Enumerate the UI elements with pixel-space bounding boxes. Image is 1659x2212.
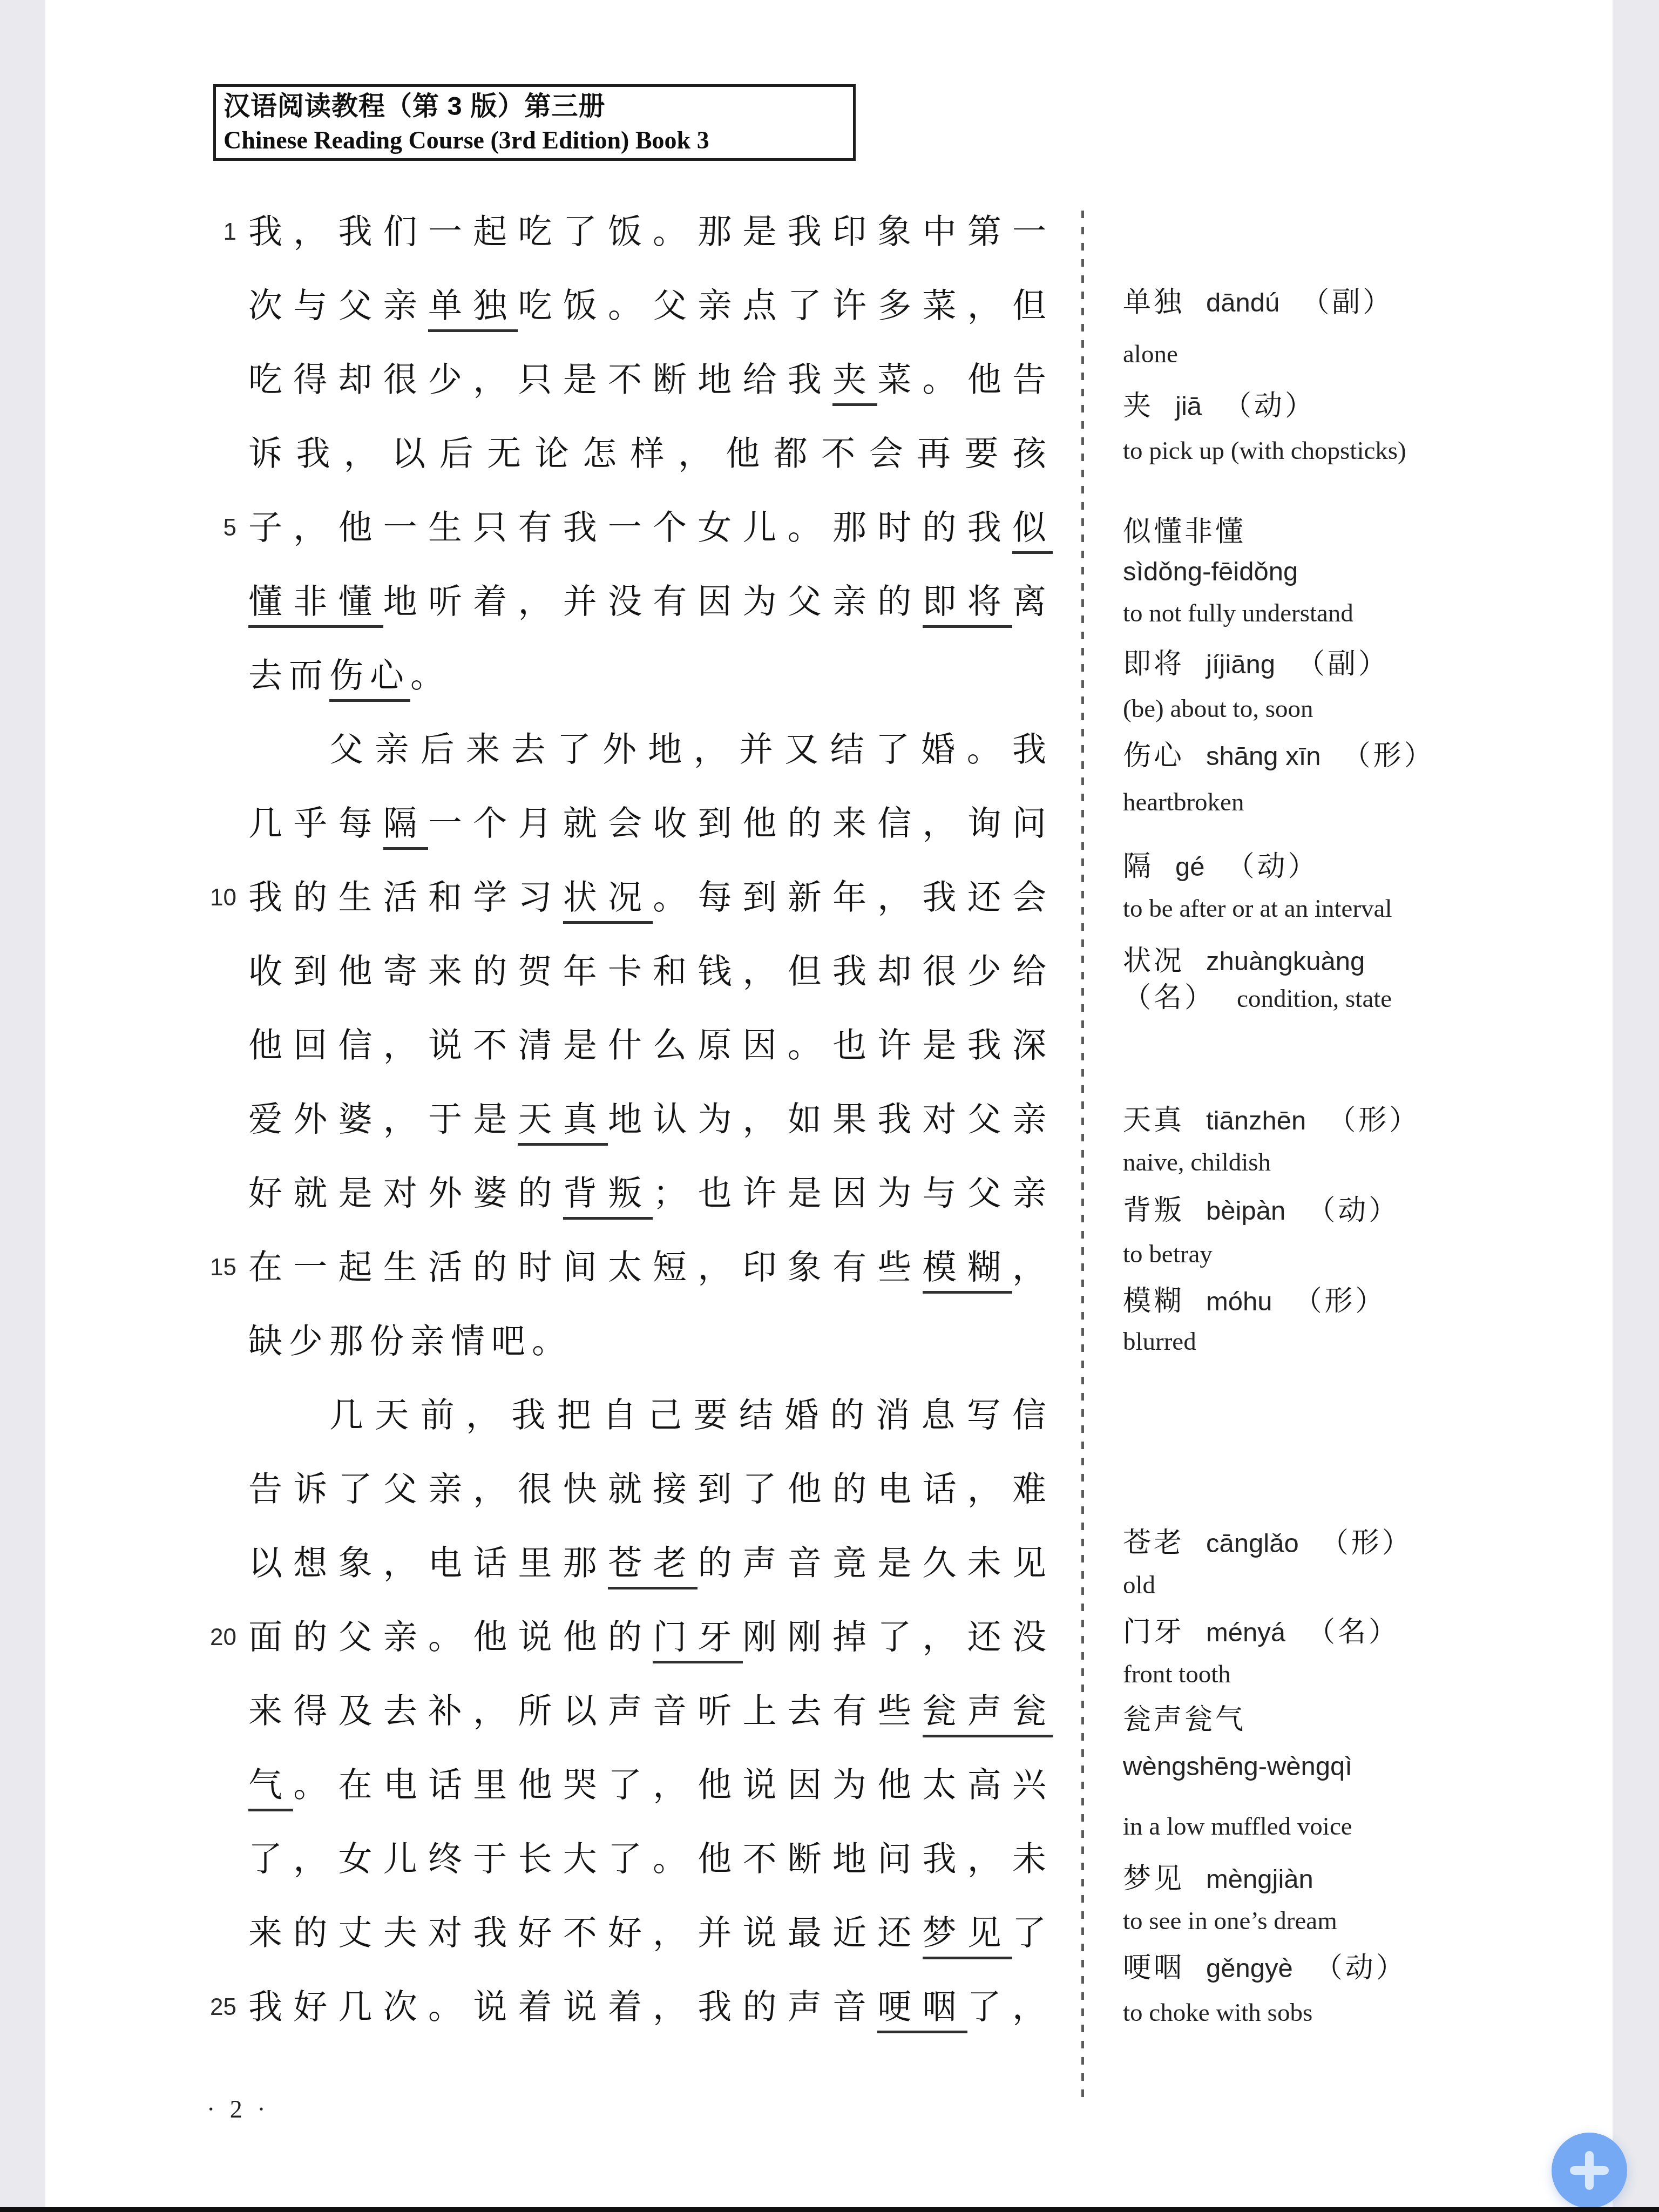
text-run: 了 xyxy=(1012,1914,1053,1952)
vocab-line: 背叛bèipàn（动） xyxy=(1123,1197,1421,1225)
vocab-hanzi: 即将 xyxy=(1123,651,1184,679)
vocab-hanzi: 伤心 xyxy=(1123,742,1184,770)
vocab-line: 伤心shāng xīn（形） xyxy=(1123,742,1457,770)
vocab-line: to betray xyxy=(1123,1242,1213,1267)
vocab-line: to choke with sobs xyxy=(1123,2000,1312,2026)
text-line: 5子，他一生只有我一个女儿。那时的我似 xyxy=(162,491,1053,565)
vocab-hanzi: 隔 xyxy=(1123,853,1154,881)
vocab-line: 似懂非懂 xyxy=(1123,518,1268,546)
underlined-term: 瓮声瓮 xyxy=(923,1692,1053,1737)
vocab-gloss: alone xyxy=(1123,342,1178,367)
underlined-term: 似 xyxy=(1012,509,1053,554)
vocab-line: 天真tiānzhēn（形） xyxy=(1123,1107,1441,1135)
page-number: · 2 · xyxy=(207,2095,270,2123)
plus-icon xyxy=(1552,2133,1627,2208)
text-line: 懂非懂地听着，并没有因为父亲的即将离 xyxy=(162,565,1053,639)
line-text: 懂非懂地听着，并没有因为父亲的即将离 xyxy=(248,585,1053,619)
vocab-pinyin: zhuàngkuàng xyxy=(1206,949,1365,975)
text-run: 他回信，说不清是什么原因。也许是我深 xyxy=(248,1026,1053,1064)
text-run: 子，他一生只有我一个女儿。那时的我 xyxy=(248,509,1012,546)
text-run: 了， xyxy=(967,1988,1053,2026)
vocab-hanzi: 状况 xyxy=(1123,948,1184,976)
vocab-gloss: to see in one’s dream xyxy=(1123,1909,1337,1934)
text-line: 来的丈夫对我好不好，并说最近还梦见了 xyxy=(162,1896,1053,1970)
vocab-hanzi: 瓮声瓮气 xyxy=(1123,1706,1246,1734)
underlined-term: 懂非懂 xyxy=(248,583,383,628)
line-text: 吃得却很少，只是不断地给我夹菜。他告 xyxy=(248,363,1053,397)
vocab-pinyin: shāng xīn xyxy=(1206,743,1321,770)
vocab-pinyin: mèngjiàn xyxy=(1206,1866,1313,1893)
text-run: 一个月就会收到他的来信，询问 xyxy=(428,804,1053,842)
text-line: 爱外婆，于是天真地认为，如果我对父亲 xyxy=(162,1083,1053,1156)
text-line: 去而伤心。 xyxy=(162,639,1053,713)
text-line: 缺少那份亲情吧。 xyxy=(162,1304,1053,1378)
vocab-gloss: to choke with sobs xyxy=(1123,2000,1312,2026)
text-run: 来得及去补，所以声音听上去有些 xyxy=(248,1692,923,1730)
left-margin xyxy=(0,0,45,2212)
line-text: 几天前，我把自己要结婚的消息写信 xyxy=(248,1398,1053,1432)
vocab-hanzi: 模糊 xyxy=(1123,1288,1184,1316)
line-text: 以想象，电话里那苍老的声音竟是久未见 xyxy=(248,1546,1053,1580)
vocab-line: 梦见mèngjiàn xyxy=(1123,1865,1335,1893)
underlined-term: 夹 xyxy=(832,361,877,406)
text-run: 我好几次。说着说着，我的声音 xyxy=(248,1988,877,2026)
text-line: 以想象，电话里那苍老的声音竟是久未见 xyxy=(162,1526,1053,1600)
text-run: 的声音竟是久未见 xyxy=(698,1544,1053,1582)
vocab-hanzi: （名） xyxy=(1123,984,1215,1012)
text-line: 告诉了父亲，很快就接到了他的电话，难 xyxy=(162,1452,1053,1526)
vocab-gloss: to not fully understand xyxy=(1123,601,1353,626)
vocab-hanzi: （形） xyxy=(1294,1288,1386,1316)
vocab-line: 状况zhuàngkuàng xyxy=(1123,948,1386,976)
vocab-gloss: naive, childish xyxy=(1123,1150,1271,1175)
line-text: 他回信，说不清是什么原因。也许是我深 xyxy=(248,1029,1053,1063)
vocab-pinyin: cānglǎo xyxy=(1206,1531,1299,1557)
vocab-hanzi: 夹 xyxy=(1123,393,1154,421)
vocab-pinyin: móhu xyxy=(1206,1289,1272,1315)
vocab-hanzi: 单独 xyxy=(1123,289,1184,317)
vocab-hanzi: （副） xyxy=(1297,651,1389,679)
vocab-hanzi: （形） xyxy=(1328,1107,1420,1135)
vocab-line: to not fully understand xyxy=(1123,601,1353,626)
text-line: 收到他寄来的贺年卡和钱，但我却很少给 xyxy=(162,935,1053,1009)
text-run: 来的丈夫对我好不好，并说最近还 xyxy=(248,1914,923,1952)
text-run: 以想象，电话里那 xyxy=(248,1544,608,1582)
underlined-term: 单独 xyxy=(428,287,518,332)
underlined-term: 状况 xyxy=(563,878,653,924)
book-title-box: 汉语阅读教程（第 3 版）第三册 Chinese Reading Course … xyxy=(213,84,856,161)
vocab-pinyin: jiā xyxy=(1175,394,1202,420)
text-run: 刚刚掉了，还没 xyxy=(743,1618,1053,1656)
text-run: 了，女儿终于长大了。他不断地问我，未 xyxy=(248,1840,1053,1878)
vocab-pinyin: bèipàn xyxy=(1206,1198,1285,1225)
vocab-hanzi: 哽咽 xyxy=(1123,1954,1184,1983)
line-text: 来得及去补，所以声音听上去有些瓮声瓮 xyxy=(248,1694,1053,1728)
line-text: 父亲后来去了外地，并又结了婚。我 xyxy=(248,733,1053,767)
text-run: 几天前，我把自己要结婚的消息写信 xyxy=(329,1396,1053,1434)
text-line: 几乎每隔一个月就会收到他的来信，询问 xyxy=(162,787,1053,861)
underlined-term: 背叛 xyxy=(563,1174,653,1220)
vocab-pinyin: gé xyxy=(1175,854,1205,881)
vocab-pinyin: gěngyè xyxy=(1206,1956,1293,1982)
text-run: 菜。他告 xyxy=(877,361,1053,398)
text-line: 15在一起生活的时间太短，印象有些模糊， xyxy=(162,1230,1053,1304)
text-run: 几乎每 xyxy=(248,804,383,842)
vocab-hanzi: 似懂非懂 xyxy=(1123,518,1246,546)
vocab-line: 门牙ményá（名） xyxy=(1123,1619,1421,1647)
vocab-hanzi: （动） xyxy=(1315,1954,1407,1983)
line-text: 诉我，以后无论怎样，他都不会再要孩 xyxy=(248,437,1053,471)
text-run: 告诉了父亲，很快就接到了他的电话，难 xyxy=(248,1470,1053,1508)
line-text: 子，他一生只有我一个女儿。那时的我似 xyxy=(248,511,1053,545)
vocab-pinyin: dāndú xyxy=(1206,290,1279,316)
line-text: 几乎每隔一个月就会收到他的来信，询问 xyxy=(248,807,1053,841)
vocab-gloss: blurred xyxy=(1123,1329,1196,1355)
vocab-line: 哽咽gěngyè（动） xyxy=(1123,1954,1428,1983)
vocab-gloss: to pick up (with chopsticks) xyxy=(1123,438,1406,464)
vocab-hanzi: （名） xyxy=(1307,1619,1399,1647)
line-text: 去而伤心。 xyxy=(248,659,1053,693)
vocab-gloss: to be after or at an interval xyxy=(1123,896,1392,922)
text-line: 气。在电话里他哭了，他说因为他太高兴 xyxy=(162,1748,1053,1822)
vocab-line: alone xyxy=(1123,342,1178,367)
line-text: 我的生活和学习状况。每到新年，我还会 xyxy=(248,881,1053,915)
line-text: 来的丈夫对我好不好，并说最近还梦见了 xyxy=(248,1916,1053,1950)
line-text: 我，我们一起吃了饭。那是我印象中第一 xyxy=(248,215,1053,249)
vocab-line: to see in one’s dream xyxy=(1123,1909,1337,1934)
text-run: 面的父亲。他说他的 xyxy=(248,1618,653,1656)
column-divider xyxy=(1081,211,1084,2100)
underlined-term: 气 xyxy=(248,1766,293,1811)
vocab-hanzi: （动） xyxy=(1307,1197,1399,1225)
line-text: 告诉了父亲，很快就接到了他的电话，难 xyxy=(248,1472,1053,1506)
vocab-hanzi: 梦见 xyxy=(1123,1865,1184,1893)
vocab-pinyin: wèngshēng-wèngqì xyxy=(1123,1754,1352,1780)
text-run: 离 xyxy=(1012,583,1053,620)
vocab-line: to be after or at an interval xyxy=(1123,896,1392,922)
line-text: 缺少那份亲情吧。 xyxy=(248,1324,1053,1358)
underlined-term: 模糊 xyxy=(923,1248,1012,1294)
line-text: 了，女儿终于长大了。他不断地问我，未 xyxy=(248,1842,1053,1876)
text-run: 吃饭。父亲点了许多菜，但 xyxy=(518,287,1053,324)
line-text: 次与父亲单独吃饭。父亲点了许多菜，但 xyxy=(248,289,1053,323)
vocab-gloss: heartbroken xyxy=(1123,790,1244,815)
vocab-hanzi: （动） xyxy=(1227,853,1319,881)
text-run: 地听着，并没有因为父亲的 xyxy=(383,583,923,620)
vocab-line: 瓮声瓮气 xyxy=(1123,1706,1268,1734)
text-run: 好就是对外婆的 xyxy=(248,1174,563,1212)
text-run: 。每到新年，我还会 xyxy=(653,878,1053,916)
vocab-line: in a low muffled voice xyxy=(1123,1814,1352,1839)
vocab-line: 夹jiā（动） xyxy=(1123,393,1337,421)
text-run: ， xyxy=(1012,1248,1053,1286)
line-text: 好就是对外婆的背叛；也许是因为与父亲 xyxy=(248,1176,1053,1210)
line-number: 5 xyxy=(162,515,248,542)
text-line: 了，女儿终于长大了。他不断地问我，未 xyxy=(162,1822,1053,1896)
vocab-hanzi: （动） xyxy=(1223,393,1316,421)
vocab-pinyin: ményá xyxy=(1206,1620,1285,1646)
vocab-line: naive, childish xyxy=(1123,1150,1271,1175)
text-line: 吃得却很少，只是不断地给我夹菜。他告 xyxy=(162,343,1053,417)
vocab-line: 隔gé（动） xyxy=(1123,853,1340,881)
text-run: 地认为，如果我对父亲 xyxy=(608,1100,1053,1138)
line-number: 20 xyxy=(162,1624,248,1651)
line-text: 气。在电话里他哭了，他说因为他太高兴 xyxy=(248,1768,1053,1802)
line-number: 15 xyxy=(162,1254,248,1281)
vocab-gloss: (be) about to, soon xyxy=(1123,696,1313,722)
vocab-line: 模糊móhu（形） xyxy=(1123,1288,1408,1316)
underlined-term: 苍老 xyxy=(608,1544,698,1589)
text-run: 爱外婆，于是 xyxy=(248,1100,518,1138)
text-run: 去而 xyxy=(248,657,329,694)
text-line: 20面的父亲。他说他的门牙刚刚掉了，还没 xyxy=(162,1600,1053,1674)
vocab-hanzi: （形） xyxy=(1343,742,1435,770)
vocab-gloss: to betray xyxy=(1123,1242,1213,1267)
line-number: 25 xyxy=(162,1994,248,2021)
vocab-line: （名）condition, state xyxy=(1123,984,1392,1012)
text-run: 父亲后来去了外地，并又结了婚。我 xyxy=(329,730,1053,768)
text-line: 诉我，以后无论怎样，他都不会再要孩 xyxy=(162,417,1053,491)
vocab-gloss: old xyxy=(1123,1573,1155,1598)
bottom-edge-bar xyxy=(0,2207,1659,2212)
vocab-line: front tooth xyxy=(1123,1662,1231,1687)
underlined-term: 即将 xyxy=(923,583,1012,628)
vocab-hanzi: 苍老 xyxy=(1123,1530,1184,1558)
text-run: 。 xyxy=(410,657,451,694)
text-run: 。在电话里他哭了，他说因为他太高兴 xyxy=(293,1766,1053,1804)
text-line: 来得及去补，所以声音听上去有些瓮声瓮 xyxy=(162,1674,1053,1748)
text-line: 父亲后来去了外地，并又结了婚。我 xyxy=(162,713,1053,787)
text-run: 吃得却很少，只是不断地给我 xyxy=(248,361,832,398)
text-run: 我的生活和学习 xyxy=(248,878,563,916)
text-line: 1我，我们一起吃了饭。那是我印象中第一 xyxy=(162,195,1053,269)
book-title-en: Chinese Reading Course (3rd Edition) Boo… xyxy=(224,124,853,157)
underlined-term: 隔 xyxy=(383,804,428,850)
vocab-line: blurred xyxy=(1123,1329,1196,1355)
right-margin xyxy=(1613,0,1659,2212)
text-line: 次与父亲单独吃饭。父亲点了许多菜，但 xyxy=(162,269,1053,343)
vocab-line: old xyxy=(1123,1573,1155,1598)
text-line: 他回信，说不清是什么原因。也许是我深 xyxy=(162,1009,1053,1083)
add-button[interactable] xyxy=(1552,2133,1627,2208)
underlined-term: 天真 xyxy=(518,1100,607,1146)
vocab-line: 单独dāndú（副） xyxy=(1123,289,1415,317)
book-title-zh: 汉语阅读教程（第 3 版）第三册 xyxy=(224,89,853,124)
underlined-term: 梦见 xyxy=(923,1914,1012,1959)
underlined-term: 哽咽 xyxy=(877,1988,967,2033)
text-run: 收到他寄来的贺年卡和钱，但我却很少给 xyxy=(248,952,1053,990)
vocab-line: to pick up (with chopsticks) xyxy=(1123,438,1406,464)
text-line: 25我好几次。说着说着，我的声音哽咽了， xyxy=(162,1970,1053,2044)
vocab-pinyin: jíjiāng xyxy=(1206,652,1275,678)
line-text: 面的父亲。他说他的门牙刚刚掉了，还没 xyxy=(248,1620,1053,1654)
line-text: 在一起生活的时间太短，印象有些模糊， xyxy=(248,1250,1053,1284)
underlined-term: 门牙 xyxy=(653,1618,742,1663)
text-run: 我，我们一起吃了饭。那是我印象中第一 xyxy=(248,213,1053,251)
vocab-pinyin: tiānzhēn xyxy=(1206,1108,1306,1134)
underlined-term: 伤心 xyxy=(329,657,410,702)
text-line: 好就是对外婆的背叛；也许是因为与父亲 xyxy=(162,1156,1053,1230)
vocab-line: wèngshēng-wèngqì xyxy=(1123,1754,1374,1780)
text-run: ；也许是因为与父亲 xyxy=(653,1174,1053,1212)
vocab-hanzi: 天真 xyxy=(1123,1107,1184,1135)
text-line: 几天前，我把自己要结婚的消息写信 xyxy=(162,1378,1053,1452)
vocab-line: sìdǒng-fēidǒng xyxy=(1123,559,1319,585)
vocab-line: 苍老cānglǎo（形） xyxy=(1123,1530,1434,1558)
vocab-pinyin: sìdǒng-fēidǒng xyxy=(1123,559,1298,585)
vocab-hanzi: （形） xyxy=(1321,1530,1413,1558)
vocab-hanzi: （副） xyxy=(1301,289,1393,317)
vocab-line: 即将jíjiāng（副） xyxy=(1123,651,1411,679)
text-line: 10我的生活和学习状况。每到新年，我还会 xyxy=(162,861,1053,935)
vocab-hanzi: 背叛 xyxy=(1123,1197,1184,1225)
vocab-gloss: condition, state xyxy=(1237,986,1392,1012)
text-run: 缺少那份亲情吧。 xyxy=(248,1322,572,1360)
line-text: 爱外婆，于是天真地认为，如果我对父亲 xyxy=(248,1102,1053,1137)
text-run: 在一起生活的时间太短，印象有些 xyxy=(248,1248,923,1286)
line-number: 1 xyxy=(162,219,248,246)
line-text: 收到他寄来的贺年卡和钱，但我却很少给 xyxy=(248,955,1053,989)
text-run: 次与父亲 xyxy=(248,287,428,324)
line-number: 10 xyxy=(162,884,248,911)
line-text: 我好几次。说着说着，我的声音哽咽了， xyxy=(248,1990,1053,2024)
vocab-gloss: front tooth xyxy=(1123,1662,1231,1687)
vocab-gloss: in a low muffled voice xyxy=(1123,1814,1352,1839)
vocab-hanzi: 门牙 xyxy=(1123,1619,1184,1647)
vocab-line: heartbroken xyxy=(1123,790,1244,815)
text-run: 诉我，以后无论怎样，他都不会再要孩 xyxy=(248,435,1053,472)
vocab-line: (be) about to, soon xyxy=(1123,696,1313,722)
